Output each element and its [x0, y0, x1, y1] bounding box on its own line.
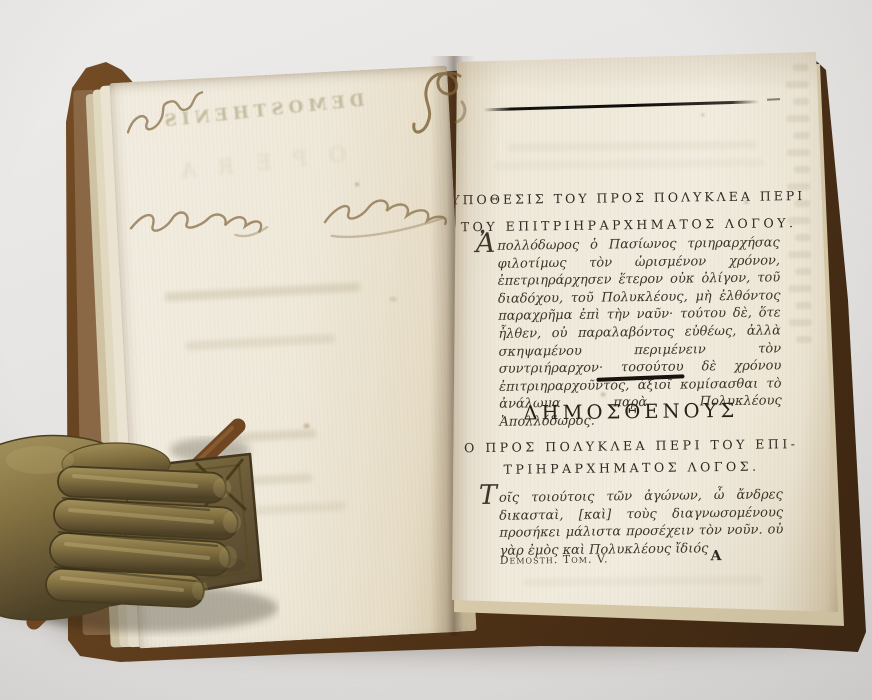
right-page: ΥΠΟΘΕΣΙΣ ΤΟΥ ΠΡΟΣ ΠΟΛΥΚΛΕΑ ΠΕΡΙ ΤΟΥ ΕΠΙΤ…: [450, 50, 842, 632]
page-shading: [450, 50, 842, 632]
ink-mark-gutter: [404, 62, 478, 158]
brass-hand-clip: [0, 330, 280, 642]
photo-scene: DEMOSTHENIS OPERA: [0, 0, 872, 700]
